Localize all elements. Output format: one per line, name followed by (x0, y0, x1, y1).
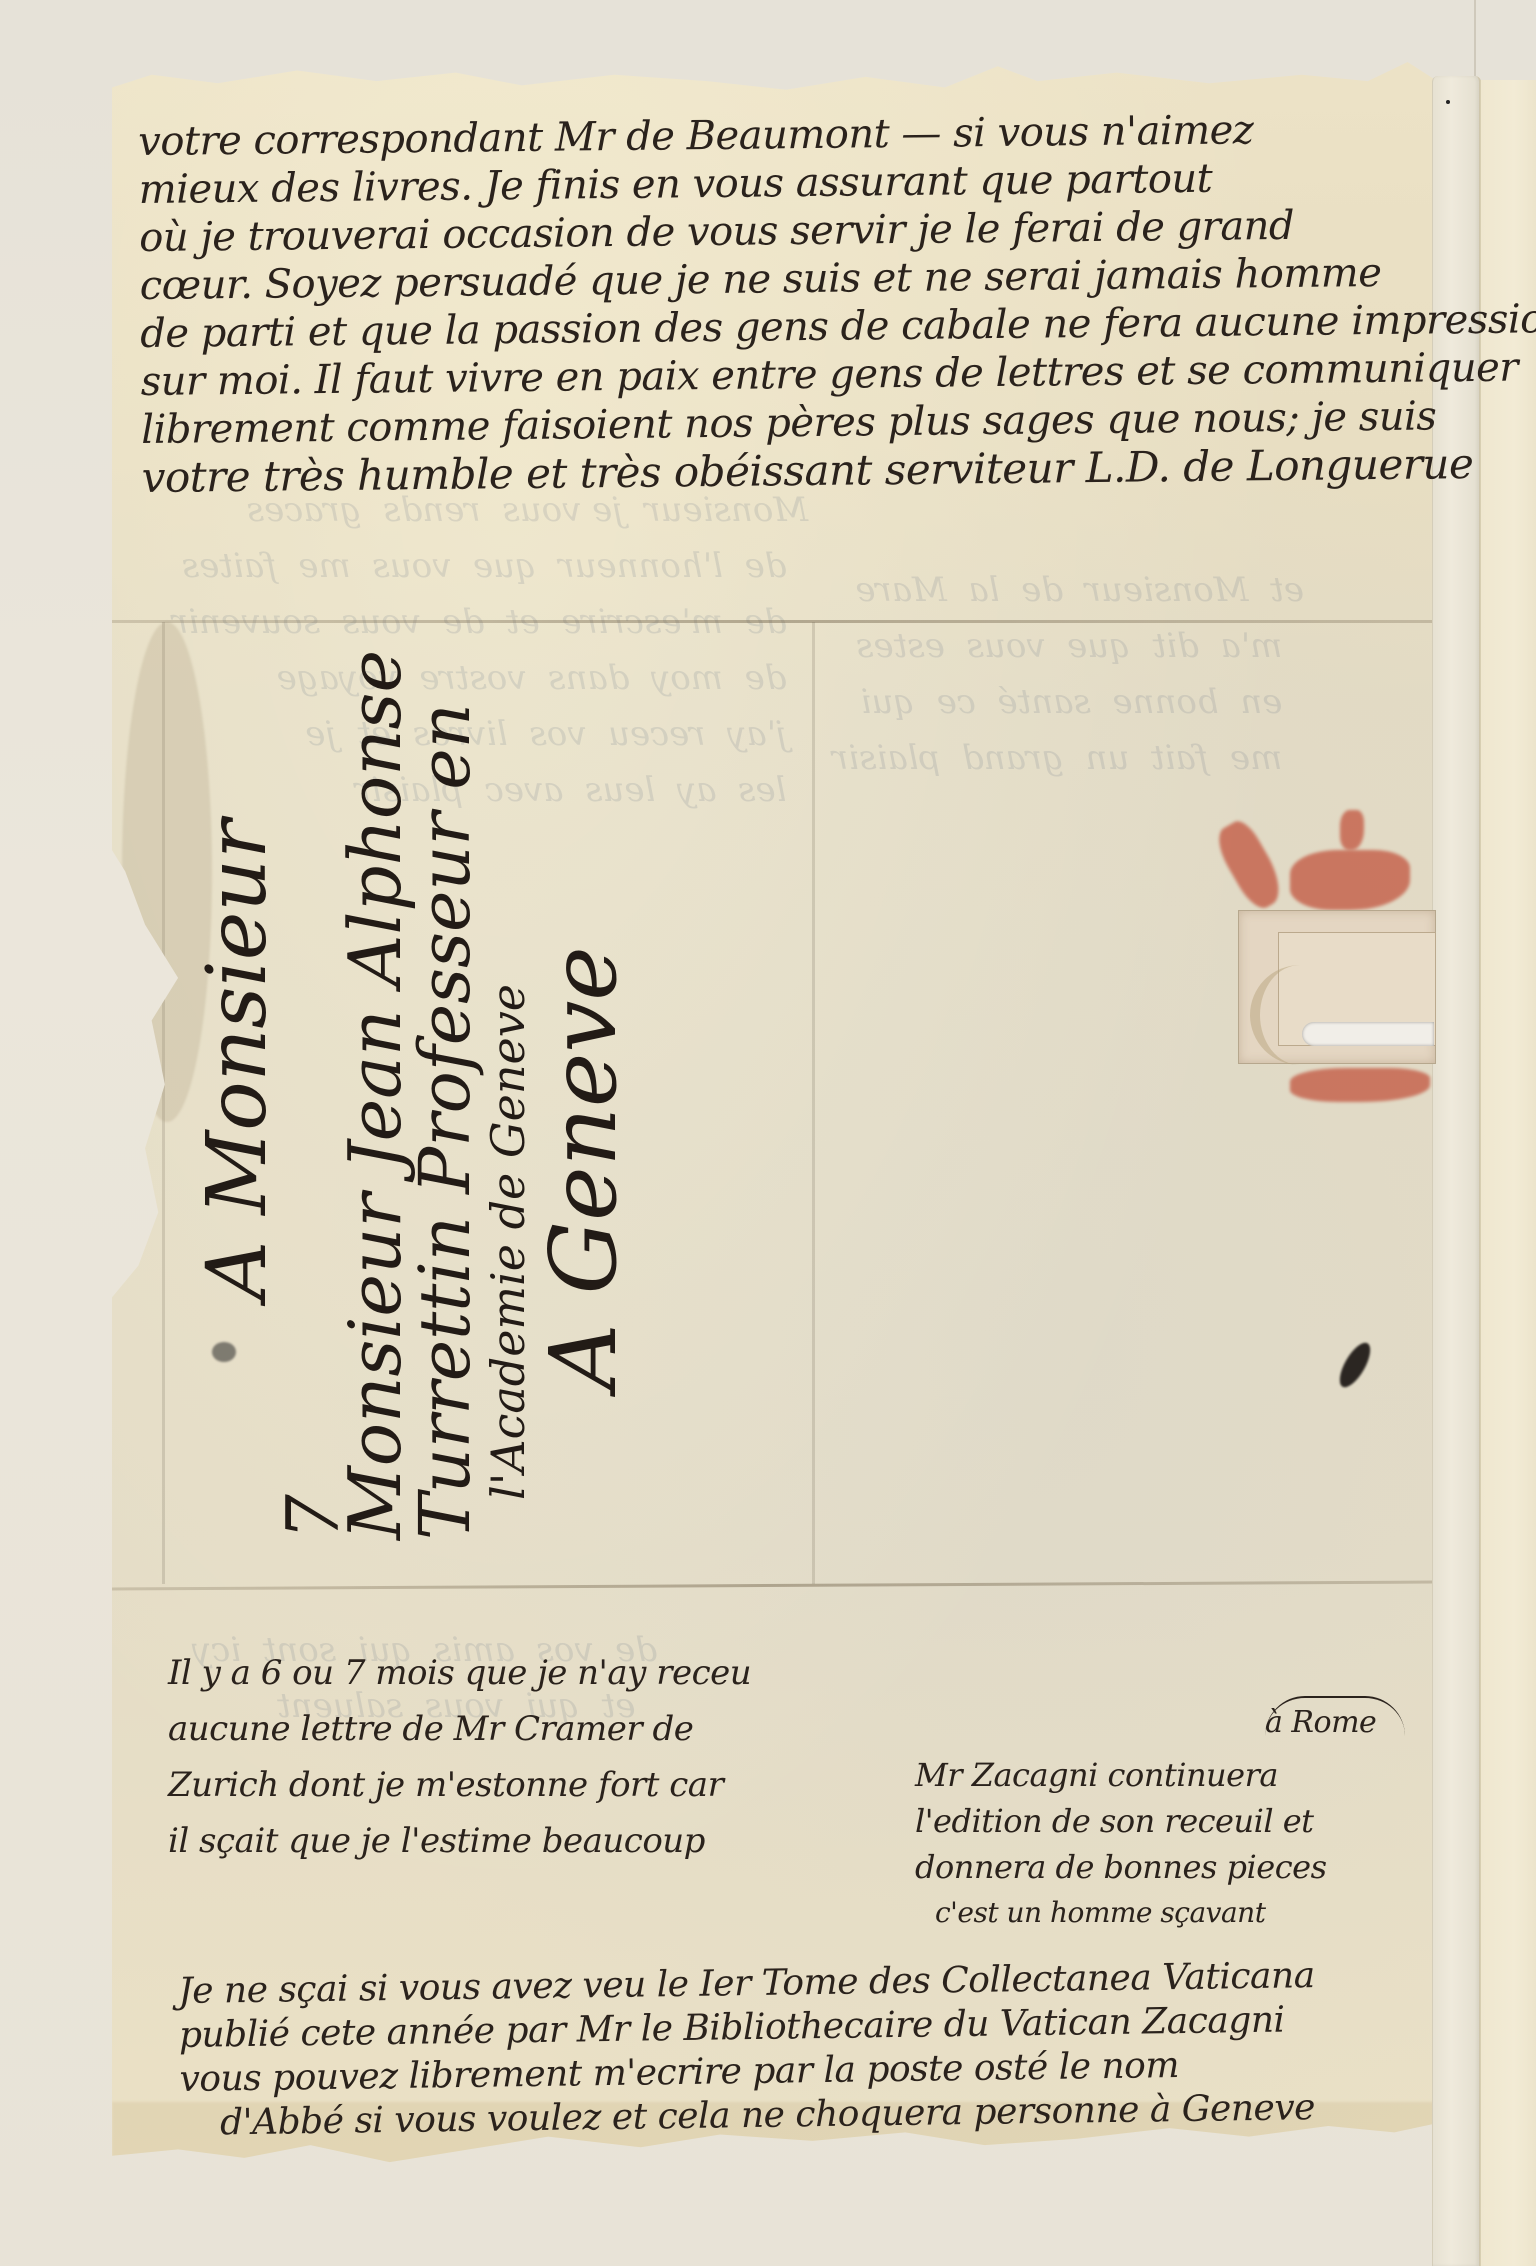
address-title: Turrettin Professeur en (410, 650, 480, 1540)
text-line: Mr Zacagni continuera (915, 1752, 1405, 1798)
place-heading: à Rome (1265, 1696, 1405, 1746)
address-city: A Geneve (536, 650, 632, 1390)
address-salutation: A Monsieur (190, 650, 286, 1300)
address-block: A Monsieur 7 Monsieur Jean Alphonse Turr… (190, 650, 632, 1560)
text-line: il sçait que je l'estime beaucoup (168, 1813, 751, 1869)
address-recipient: Monsieur Jean Alphonse (340, 650, 410, 1540)
wax-fragment (1290, 850, 1410, 910)
postscript-collectanea: Je ne sçai si vous avez veu le Ier Tome … (178, 1954, 1317, 2146)
wax-seal-remnant (1230, 800, 1434, 1200)
fold-line-horizontal (112, 620, 1434, 623)
address-institution: l'Academie de Geneve (480, 650, 536, 1500)
text-line: donnera de bonnes pieces (915, 1844, 1405, 1890)
postscript-zacagni: à Rome Mr Zacagni continuera l'edition d… (915, 1696, 1405, 1936)
letter-closing-text: votre correspondant Mr de Beaumont — si … (138, 103, 1536, 502)
wax-fragment (1340, 810, 1364, 850)
bleed-through-text: et Monsieur de la Mare m'a dit que vous … (832, 562, 1304, 786)
text-line: aucune lettre de Mr Cramer de (168, 1701, 751, 1757)
text-line: c'est un homme sçavant (935, 1890, 1405, 1936)
mount-gutter-line (1474, 0, 1476, 80)
seal-tear-hole (1302, 1022, 1434, 1046)
fold-line-vertical (812, 622, 815, 1584)
postscript-cramer: Il y a 6 ou 7 mois que je n'ay receu auc… (168, 1645, 751, 1869)
fold-line-horizontal (112, 1581, 1434, 1591)
text-line: l'edition de son receuil et (915, 1798, 1405, 1844)
text-line: Il y a 6 ou 7 mois que je n'ay receu (168, 1645, 751, 1701)
address-mark: 7 (286, 650, 340, 1540)
text-line: Zurich dont je m'estonne fort car (168, 1757, 751, 1813)
wax-fragment (1290, 1068, 1430, 1102)
